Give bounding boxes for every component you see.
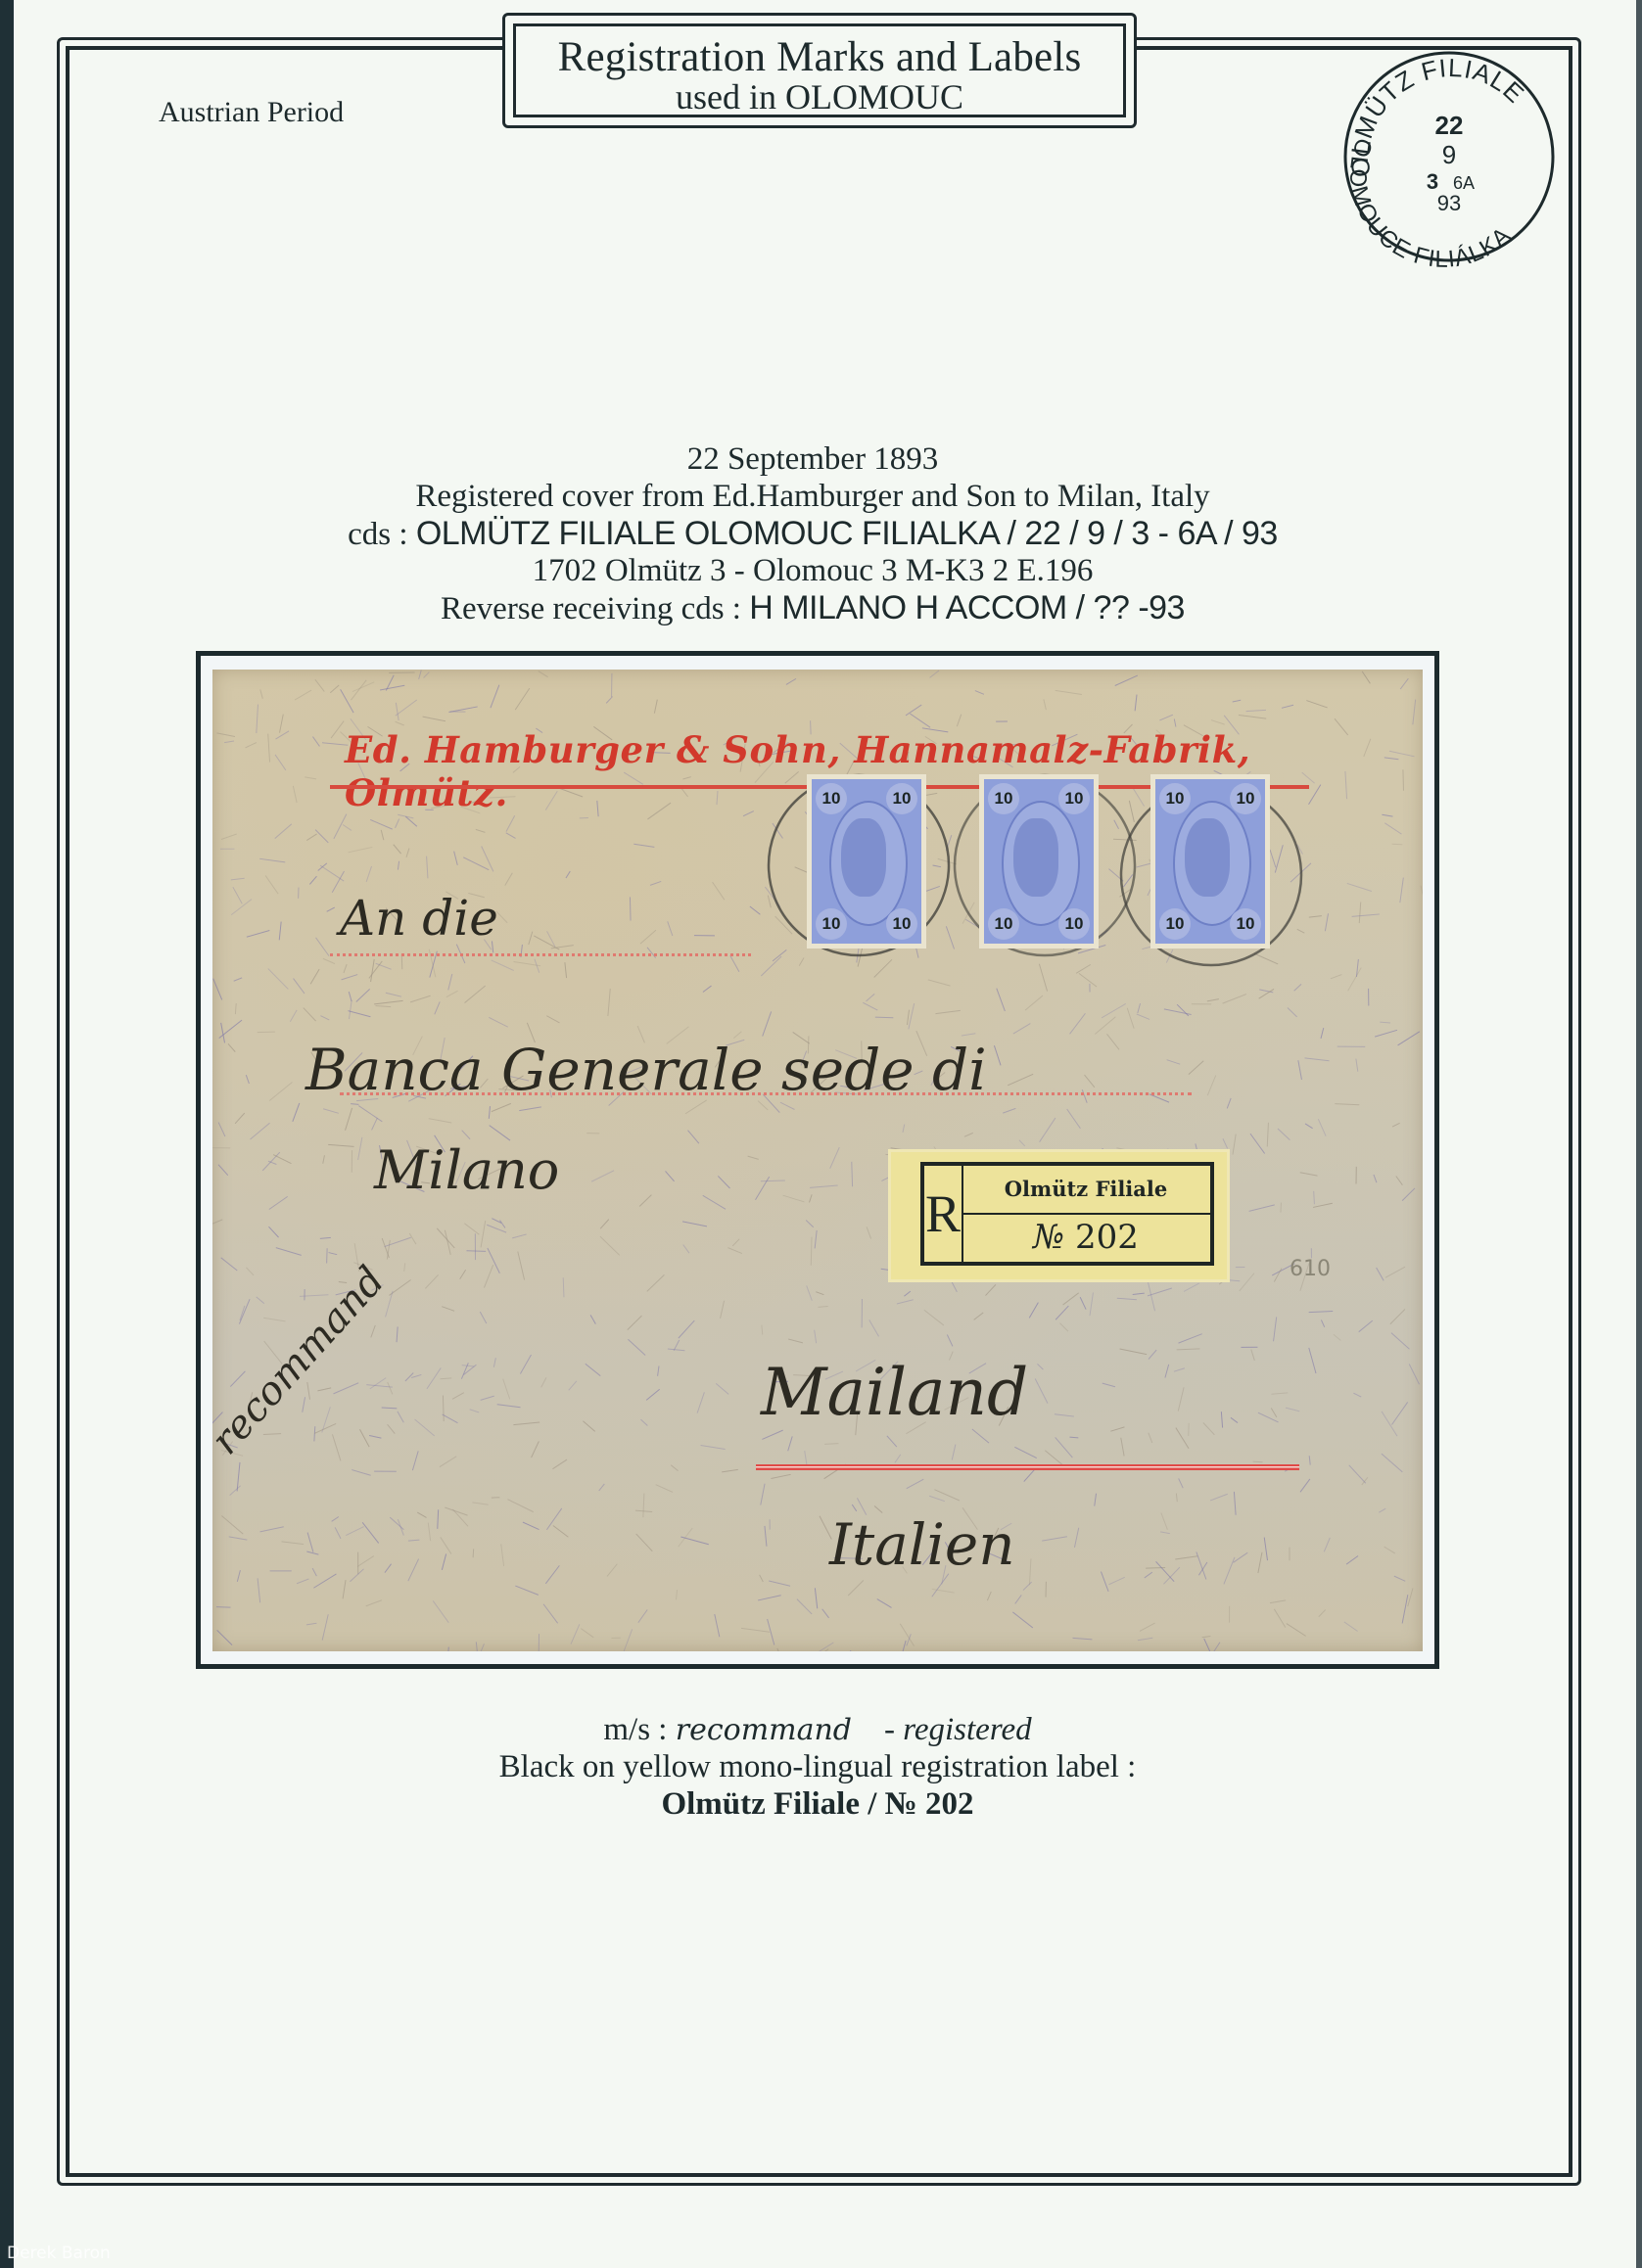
city-underline [756, 1464, 1299, 1470]
address-country: Italien [829, 1511, 1015, 1578]
page-title-box: Registration Marks and Labels used in OL… [502, 13, 1137, 128]
stamp-strip: 10 10 10 10 10 10 10 10 10 10 10 10 [810, 777, 1221, 973]
scan-edge-left [0, 0, 14, 2268]
stamp-10-kreuzer: 10 10 10 10 [1153, 777, 1267, 946]
address-city: Mailand [761, 1355, 1028, 1430]
stamp-10-kreuzer: 10 10 10 10 [810, 777, 923, 946]
receiving-value: H MILANO H ACCOM / ?? -93 [749, 589, 1185, 626]
envelope-image: Ed. Hamburger & Sohn, Hannamalz-Fabrik, … [212, 670, 1423, 1651]
page-subtitle: used in OLOMOUC [516, 79, 1123, 115]
cover-date: 22 September 1893 [196, 440, 1430, 478]
catalogue-reference: 1702 Olmütz 3 - Olomouc 3 M-K3 2 E.196 [196, 552, 1430, 589]
scan-edge-right [1636, 0, 1642, 2268]
postmark-month: 9 [1442, 140, 1456, 169]
cds-label: cds : [348, 517, 416, 552]
postmark-bottom-text: OLOMOUCE FILIÁLKA [1344, 135, 1517, 269]
postmark-year: 93 [1437, 191, 1461, 215]
label-description: Black on yellow mono-lingual registratio… [196, 1748, 1439, 1785]
cover-summary: Registered cover from Ed.Hamburger and S… [196, 478, 1430, 515]
receiving-line: Reverse receiving cds : H MILANO H ACCOM… [196, 589, 1430, 627]
ms-text: recommand [676, 1713, 852, 1747]
receiving-label: Reverse receiving cds : [441, 591, 749, 626]
cds-value: OLMÜTZ FILIALE OLOMOUC FILIALKA / 22 / 9… [416, 515, 1278, 552]
registration-number: № 202 [962, 1213, 1210, 1262]
registration-office: Olmütz Filiale [962, 1166, 1210, 1215]
svg-text:OLOMOUCE FILIÁLKA: OLOMOUCE FILIÁLKA [1344, 135, 1517, 269]
cover-mount: Ed. Hamburger & Sohn, Hannamalz-Fabrik, … [196, 651, 1439, 1669]
address-dotted-line [340, 1092, 1192, 1095]
postmark-day: 22 [1435, 111, 1464, 140]
registration-label: R Olmütz Filiale № 202 [891, 1152, 1227, 1279]
postmark-time: 6A [1453, 173, 1475, 193]
address-line-milano: Milano [374, 1139, 559, 1201]
manuscript-caption: m/s : recommand - registered [196, 1711, 1439, 1749]
label-text: Olmütz Filiale / № 202 [196, 1785, 1439, 1823]
address-dotted-line [330, 953, 751, 956]
cds-line: cds : OLMÜTZ FILIALE OLOMOUC FILIALKA / … [196, 515, 1430, 553]
address-line-an-die: An die [340, 890, 498, 947]
registration-letter: R [924, 1166, 963, 1262]
postmark-illustration: OLMÜTZ FILIALE OLOMOUCE FILIÁLKA 22 9 3 … [1337, 44, 1562, 269]
ms-label: m/s : [603, 1712, 675, 1747]
stamp-10-kreuzer: 10 10 10 10 [982, 777, 1096, 946]
ms-translation: - registered [852, 1712, 1032, 1747]
watermark: Derek Baron [7, 2244, 111, 2263]
pencil-note: 610 [1290, 1257, 1331, 1281]
period-label: Austrian Period [159, 96, 344, 129]
page-title: Registration Marks and Labels [516, 36, 1123, 79]
